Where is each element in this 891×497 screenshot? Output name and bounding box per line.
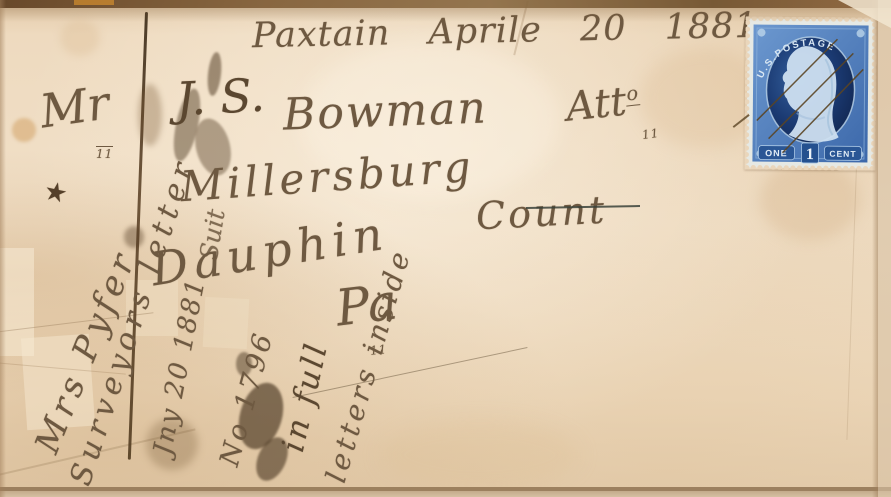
stain bbox=[760, 160, 860, 240]
edge-left bbox=[0, 0, 6, 497]
address-county-label: Count bbox=[475, 191, 608, 236]
ditto-mark: 11 bbox=[641, 127, 660, 141]
stamp-denom-numeral: 1 bbox=[806, 146, 814, 163]
stamp-denom-word-left: ONE bbox=[765, 148, 788, 158]
stain bbox=[60, 20, 100, 56]
scanned-envelope-scene: Paxtain Aprile 20 1881 Mr 11 J. S. Bowma… bbox=[0, 0, 891, 497]
postage-stamp: U.S.POSTAGE ONE CENT 1 bbox=[744, 16, 876, 170]
edge-top bbox=[0, 0, 891, 8]
edge-bottom-band bbox=[0, 491, 891, 497]
address-salutation: Mr bbox=[37, 79, 112, 134]
edge-top-fade bbox=[0, 8, 891, 22]
edge-top-speck bbox=[74, 0, 114, 5]
address-title: Atto bbox=[564, 80, 642, 128]
ink-smudge bbox=[138, 84, 162, 146]
stamp-denom-word-right: CENT bbox=[829, 149, 856, 159]
address-title-superscript: o bbox=[624, 81, 640, 106]
docket-suit-note: Suit bbox=[196, 207, 229, 262]
stain bbox=[12, 118, 36, 142]
edge-right-band bbox=[878, 0, 891, 497]
ditto-mark: 11 bbox=[96, 146, 113, 160]
address-title-abbrev: Att bbox=[564, 79, 629, 131]
stamp-graphic: U.S.POSTAGE ONE CENT 1 bbox=[744, 16, 876, 170]
stain bbox=[380, 420, 580, 490]
address-surname: Bowman bbox=[282, 86, 488, 137]
address-initials: J. S. bbox=[175, 72, 266, 123]
tape-patch bbox=[203, 297, 250, 349]
